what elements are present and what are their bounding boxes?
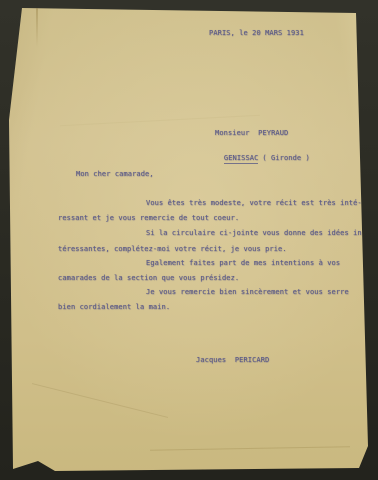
recipient-city: GENISSAC [224,154,259,164]
paper-crease [150,446,350,450]
letter-paper: PARIS, le 20 MARS 1931 Monsieur PEYRAUD … [0,0,378,480]
body-line: bien cordialement la main. [58,303,170,312]
salutation: Mon cher camarade, [76,170,154,179]
recipient-name: Monsieur PEYRAUD [215,129,288,138]
recipient-region: ( Gironde ) [262,154,309,162]
scanned-letter-page: PARIS, le 20 MARS 1931 Monsieur PEYRAUD … [0,0,378,480]
body-line: téressantes, complétez-moi votre récit, … [58,245,287,254]
letter-date: PARIS, le 20 MARS 1931 [209,29,304,38]
body-line: camarades de la section que vous préside… [58,274,239,283]
recipient-location: GENISSAC( Gironde ) [198,145,310,172]
body-line: Vous êtes très modeste, votre récit est … [146,199,362,208]
signature: Jacques PERICARD [196,356,269,365]
body-line: Je vous remercie bien sincèrement et vou… [146,288,349,297]
body-line: Egalement faites part de mes intentions … [146,259,340,268]
paper-crease [60,115,260,126]
paper-crease [36,7,38,47]
paper-crease [32,383,168,418]
body-line: ressant et je vous remercie de tout coeu… [58,214,239,223]
body-line: Si la circulaire ci-jointe vous donne de… [146,229,366,238]
